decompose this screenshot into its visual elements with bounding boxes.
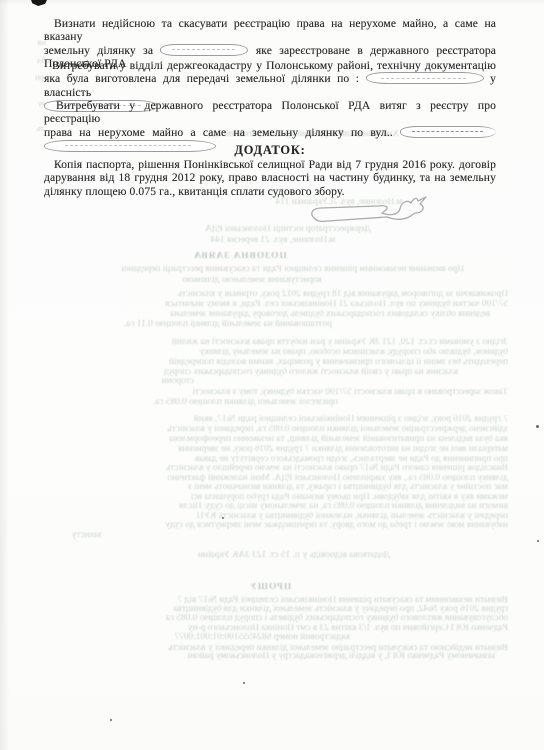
bleed-through-line: зазначеному Радченко ЮГІ, у відділі держ… (70, 652, 496, 663)
bleed-through-line: захисту (38, 531, 102, 542)
bleed-through-line: власник на праві у своїй власності жилог… (38, 368, 458, 379)
scan-speck (537, 540, 539, 542)
scan-speck (110, 719, 112, 721)
bleed-through-line: Додаткова відповідь у п. 15 ст. 123 ЗАК … (165, 551, 423, 562)
bleed-through-line: Про визнання незаконним рішення селищної… (46, 265, 464, 276)
text-line: права на нерухоме майно а саме на земель… (44, 126, 496, 139)
bleed-through-line: розташований на земельній ділянці площею… (60, 320, 332, 331)
bleed-through-line: ть (28, 124, 44, 135)
text-line: Визнати недійсною та скасувати реєстраці… (44, 17, 496, 44)
bleed-through-line: набування мою землю і треба до мого двор… (38, 521, 508, 532)
redaction-scribble (400, 126, 496, 138)
text-line: Витребувати у державного реєстратора Пол… (44, 99, 496, 126)
text-line: яка була виготовлена для передачі земель… (44, 72, 496, 99)
redaction-oval (366, 72, 484, 84)
bleed-through-line: рн (26, 73, 44, 84)
redaction-oval (160, 44, 248, 56)
text-segment: права на нерухоме майно а саме на земель… (44, 126, 400, 139)
text-line: Витребувати у відділі держгеокадастру у … (44, 59, 496, 72)
document-page: ня обл рн ову ть Хмельницький окружний а… (0, 0, 544, 750)
text-segment: яке зареєстроване в державного реєстрато… (256, 44, 496, 57)
bleed-through-line: ня (26, 38, 46, 49)
text-segment: яка була виготовлена для передачі земель… (44, 72, 359, 85)
scan-speck (243, 682, 245, 684)
heading-dodatok: ДОДАТОК: (44, 144, 496, 157)
scan-speck (222, 517, 224, 519)
bleed-through-line: користування земельною ділянкою (166, 276, 338, 287)
bleed-through-line: м.Полонне, вул. 21 вересня 144 (204, 236, 342, 247)
bleed-through-heading: ПОЗОВНА ЗАЯВА (186, 252, 294, 263)
bleed-through-heading: ПРОШУ (240, 583, 300, 594)
bleed-through-line: прилеглої земельної ділянки площею 0.085… (38, 398, 338, 409)
scan-speck (536, 425, 539, 428)
text-line: земельну ділянку за яке зареєстроване в … (44, 44, 496, 57)
signature (306, 194, 440, 230)
paragraph-attachments: Копія паспорта, рішення Понінківської се… (44, 158, 496, 198)
text-line: Копія паспорта, рішення Понінківської се… (44, 158, 496, 171)
text-line: дарування від 18 грудня 2012 року, право… (44, 171, 496, 184)
text-segment: земельну ділянку за (44, 44, 160, 57)
bleed-through-line: кадастровий номер 6824555100:01:001:0077 (38, 633, 350, 644)
bleed-through-line: сторони (140, 377, 194, 388)
